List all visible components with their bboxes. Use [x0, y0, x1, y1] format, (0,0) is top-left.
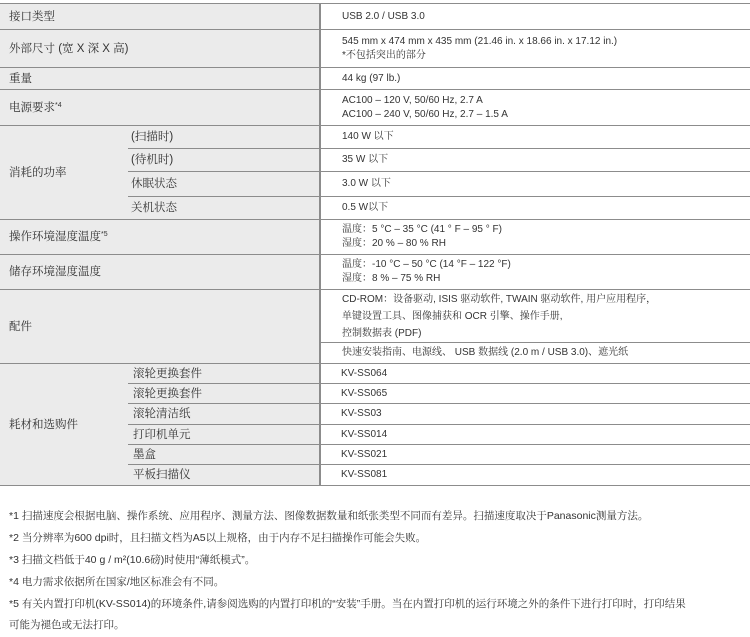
spec-label-text: 操作环境湿度温度 [9, 231, 101, 243]
spec-value: 0.5 W以下 [320, 197, 750, 220]
spec-label: 接口类型 [0, 4, 320, 30]
footnote-4: *4 电力需求依据所在国家/地区标准会有不同。 [9, 571, 744, 593]
spec-row-dimensions: 外部尺寸 (宽 X 深 X 高) 545 mm x 474 mm x 435 m… [0, 30, 750, 68]
spec-row-weight: 重量 44 kg (97 lb.) [0, 68, 750, 90]
spec-sublabel: 墨盒 [128, 445, 320, 465]
spec-row-operating-environment: 操作环境湿度温度*5 温度：5 °C – 35 °C (41 ° F – 95 … [0, 220, 750, 255]
spec-label: 重量 [0, 68, 320, 90]
spec-label: 储存环境湿度温度 [0, 255, 320, 290]
spec-value-line: 控制数据表 (PDF) [342, 325, 750, 342]
spec-sublabel: 打印机单元 [128, 425, 320, 445]
spec-value: KV-SS014 [320, 425, 750, 445]
footnote-5-continued: 可能为褪色或无法打印。 [9, 615, 744, 635]
spec-sublabel: (扫描时) [128, 126, 320, 149]
footnote-5: *5 有关内置打印机(KV-SS014)的环境条件,请参阅选购的内置打印机的“安… [9, 593, 744, 615]
spec-value: 44 kg (97 lb.) [320, 68, 750, 90]
spec-value: 35 W 以下 [320, 149, 750, 172]
spec-value: CD-ROM：设备驱动, ISIS 驱动软件, TWAIN 驱动软件, 用户应用… [320, 290, 750, 343]
spec-row-consumables: 耗材和选购件 滚轮更换套件 KV-SS064 [0, 364, 750, 384]
spec-sublabel: 关机状态 [128, 197, 320, 220]
footnote-1: *1 扫描速度会根据电脑、操作系统、应用程序、测量方法、图像数据数量和纸张类型不… [9, 505, 744, 527]
spec-value-line: *不包括突出的部分 [342, 49, 750, 63]
spec-value: KV-SS021 [320, 445, 750, 465]
footnote-3: *3 扫描文档低于40 g / m²(10.6磅)时使用“薄纸模式”。 [9, 549, 744, 571]
spec-row-power-requirements: 电源要求*4 AC100 – 120 V, 50/60 Hz, 2.7 A AC… [0, 90, 750, 126]
spec-value-line: 湿度：8 % – 75 % RH [342, 272, 750, 286]
footnote-ref: *5 [101, 231, 108, 238]
spec-sublabel: 滚轮清洁纸 [128, 404, 320, 425]
spec-row-accessories: 配件 CD-ROM：设备驱动, ISIS 驱动软件, TWAIN 驱动软件, 用… [0, 290, 750, 343]
footnote-ref: *4 [55, 102, 62, 109]
spec-value-line: 单键设置工具、图像捕获和 OCR 引擎、操作手册, [342, 308, 750, 325]
spec-sublabel: (待机时) [128, 149, 320, 172]
spec-value: 140 W 以下 [320, 126, 750, 149]
spec-label: 消耗的功率 [0, 126, 128, 220]
spec-sublabel: 滚轮更换套件 [128, 384, 320, 404]
spec-row-power-consumption: 消耗的功率 (扫描时) 140 W 以下 [0, 126, 750, 149]
spec-value: 545 mm x 474 mm x 435 mm (21.46 in. x 18… [320, 30, 750, 68]
spec-value-line: 湿度：20 % – 80 % RH [342, 237, 750, 251]
footnote-2: *2 当分辨率为600 dpi时，且扫描文档为A5以上规格，由于内存不足扫描操作… [9, 527, 744, 549]
footnotes: *1 扫描速度会根据电脑、操作系统、应用程序、测量方法、图像数据数量和纸张类型不… [9, 505, 744, 635]
spec-value: KV-SS065 [320, 384, 750, 404]
spec-sublabel: 滚轮更换套件 [128, 364, 320, 384]
spec-value-line: 温度：5 °C – 35 °C (41 ° F – 95 ° F) [342, 223, 750, 237]
spec-table: 接口类型 USB 2.0 / USB 3.0 外部尺寸 (宽 X 深 X 高) … [0, 3, 750, 486]
spec-value-line: CD-ROM：设备驱动, ISIS 驱动软件, TWAIN 驱动软件, 用户应用… [342, 291, 750, 308]
spec-value: 快速安装指南、电源线、 USB 数据线 (2.0 m / USB 3.0)、遮光… [320, 343, 750, 364]
spec-row-interface: 接口类型 USB 2.0 / USB 3.0 [0, 4, 750, 30]
spec-value: KV-SS064 [320, 364, 750, 384]
spec-sublabel: 平板扫描仪 [128, 465, 320, 486]
spec-value: KV-SS081 [320, 465, 750, 486]
spec-value: 3.0 W 以下 [320, 172, 750, 197]
spec-value-line: AC100 – 120 V, 50/60 Hz, 2.7 A [342, 94, 750, 108]
spec-value: AC100 – 120 V, 50/60 Hz, 2.7 A AC100 – 2… [320, 90, 750, 126]
spec-value-line: 温度：-10 °C – 50 °C (14 °F – 122 °F) [342, 258, 750, 272]
spec-value-line: AC100 – 240 V, 50/60 Hz, 2.7 – 1.5 A [342, 108, 750, 122]
spec-value: 温度：-10 °C – 50 °C (14 °F – 122 °F) 湿度：8 … [320, 255, 750, 290]
spec-value: 温度：5 °C – 35 °C (41 ° F – 95 ° F) 湿度：20 … [320, 220, 750, 255]
spec-value: USB 2.0 / USB 3.0 [320, 4, 750, 30]
spec-label: 电源要求*4 [0, 90, 320, 126]
spec-sublabel: 休眠状态 [128, 172, 320, 197]
spec-label-text: 电源要求 [9, 102, 55, 114]
spec-label: 耗材和选购件 [0, 364, 128, 486]
spec-row-storage-environment: 储存环境湿度温度 温度：-10 °C – 50 °C (14 °F – 122 … [0, 255, 750, 290]
spec-label: 配件 [0, 290, 320, 364]
spec-value: KV-SS03 [320, 404, 750, 425]
spec-value-line: 545 mm x 474 mm x 435 mm (21.46 in. x 18… [342, 35, 750, 49]
spec-label: 外部尺寸 (宽 X 深 X 高) [0, 30, 320, 68]
spec-label: 操作环境湿度温度*5 [0, 220, 320, 255]
